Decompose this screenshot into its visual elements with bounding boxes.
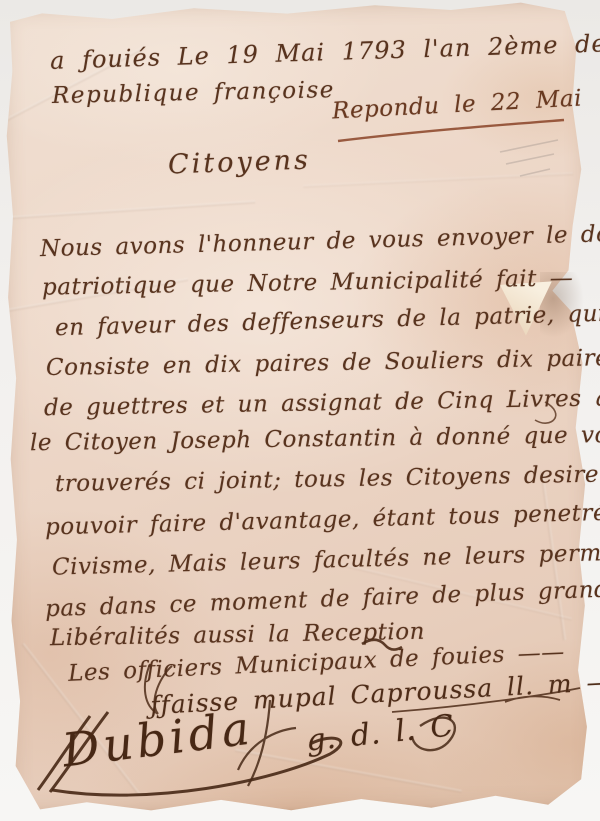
paper-crease bbox=[6, 200, 256, 219]
salutation: Citoyens bbox=[168, 145, 312, 181]
paper-crease bbox=[235, 749, 462, 793]
scanned-letter-photo: a ƒouiés Le 19 Mai 1793 l'an 2ème de la … bbox=[0, 0, 600, 821]
paper-crease bbox=[303, 172, 573, 188]
